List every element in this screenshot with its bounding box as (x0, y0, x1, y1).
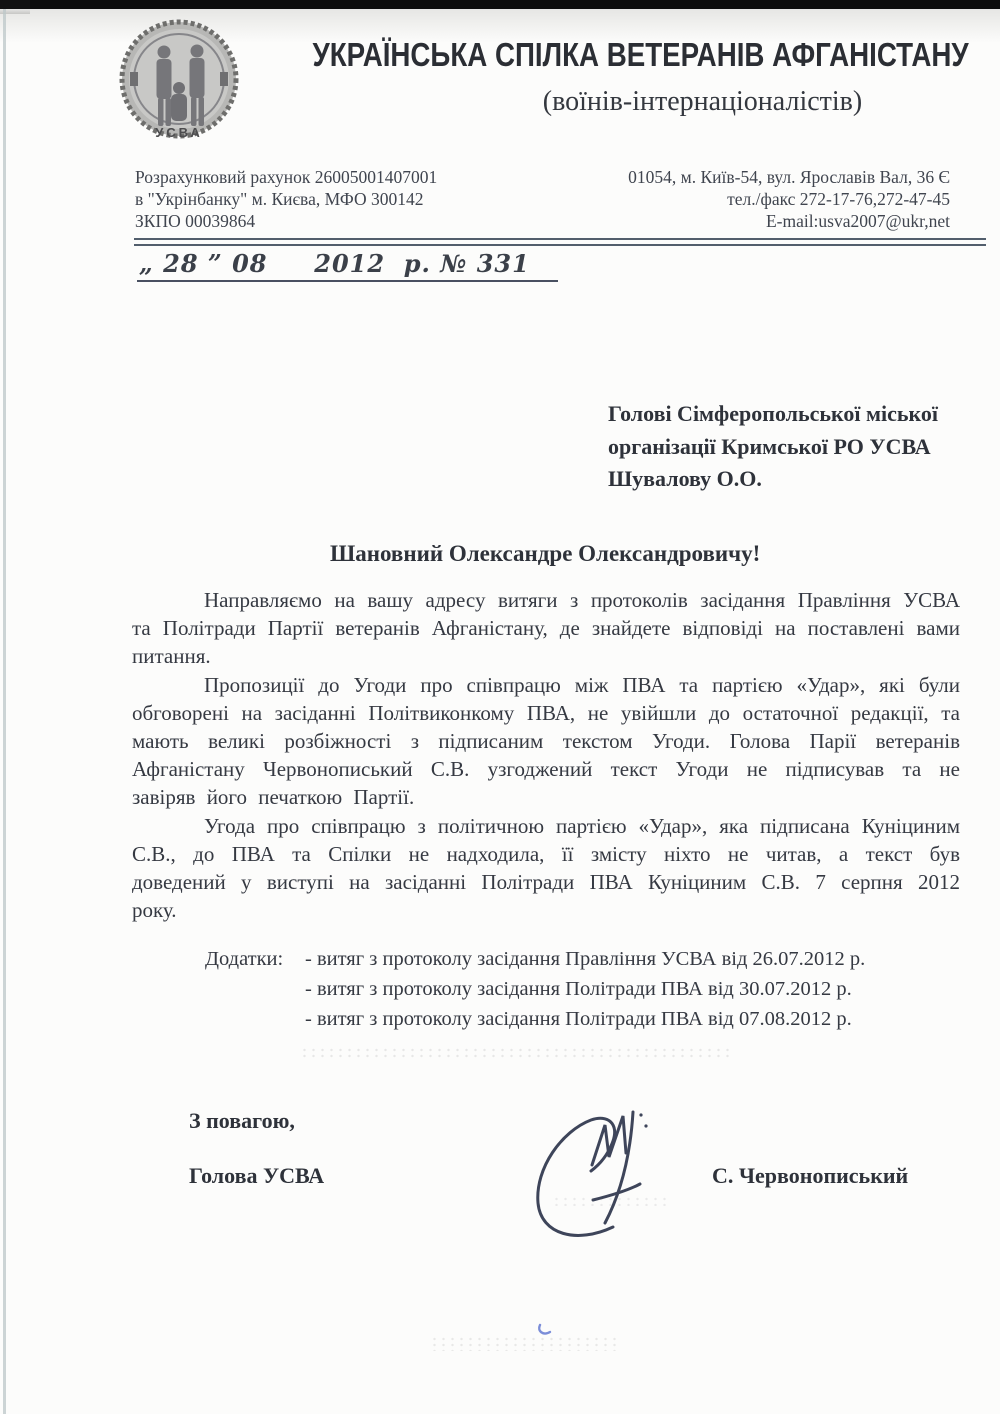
postal-address-line: 01054, м. Київ-54, вул. Ярославів Вал, 3… (540, 166, 950, 188)
kneeling-figure (171, 82, 187, 121)
scanned-letter-page: УСВА УКРАЇНСЬКА СПІЛКА ВЕТЕРАНІВ АФГАНІС… (0, 0, 1000, 1414)
scan-edge-top (0, 0, 1000, 9)
attachment-item: - витяг з протоколу засідання Правління … (305, 944, 865, 974)
org-subtitle: (воїнів-інтернаціоналістів) (450, 86, 955, 118)
attachment-item: - витяг з протоколу засідання Політради … (305, 1004, 865, 1034)
recipient-line: Голові Сімферопольської міської (608, 398, 938, 431)
bank-account-line: Розрахунковий рахунок 26005001407001 (135, 166, 437, 188)
attachments-block: Додатки: - витяг з протоколу засідання П… (205, 944, 865, 1034)
email-line: E-mail:usva2007@ukr,net (540, 210, 950, 232)
date-number-line: „ 28 ” 08 2012 р. № 331 (137, 249, 558, 282)
handwritten-signature (495, 1103, 685, 1243)
signer-title: Голова УСВА (189, 1163, 324, 1189)
blue-ink-mark (536, 1320, 556, 1340)
zkpo-line: ЗКПО 00039864 (135, 210, 437, 232)
emblem-text: УСВА (155, 125, 203, 140)
attachments-label-spacer (205, 974, 305, 1004)
recipient-block: Голові Сімферопольської міської організа… (608, 398, 938, 496)
body-paragraph: Направляємо на вашу адресу витяги з прот… (132, 586, 960, 671)
attachments-label: Додатки: (205, 944, 305, 974)
scan-smudge (552, 1196, 672, 1206)
letter-body: Направляємо на вашу адресу витяги з прот… (132, 586, 960, 924)
attachments-label-spacer (205, 1004, 305, 1034)
closing-regards: З повагою, (189, 1108, 295, 1134)
body-paragraph: Угода про співпрацю з політичною партією… (132, 812, 960, 925)
scan-edge-left (3, 9, 6, 1414)
address-block: 01054, м. Київ-54, вул. Ярославів Вал, 3… (540, 166, 950, 232)
usva-emblem-icon: УСВА (117, 15, 241, 147)
recipient-line: організації Кримської РО УСВА (608, 431, 938, 464)
bank-details-block: Розрахунковий рахунок 26005001407001 в "… (135, 166, 437, 232)
org-name-text: УКРАЇНСЬКА СПІЛКА ВЕТЕРАНІВ АФГАНІСТАНУ (312, 36, 968, 74)
scan-smudge (300, 1047, 730, 1060)
org-name-heading: УКРАЇНСЬКА СПІЛКА ВЕТЕРАНІВ АФГАНІСТАНУ (250, 36, 990, 74)
header-divider-rule (134, 238, 986, 246)
attachment-item: - витяг з протоколу засідання Політради … (305, 974, 865, 1004)
body-paragraph: Пропозиції до Угоди про співпрацю між ПВ… (132, 671, 960, 812)
bank-name-line: в "Укрінбанку" м. Києва, МФО 300142 (135, 188, 437, 210)
salutation: Шановний Олександре Олександровичу! (330, 541, 760, 567)
recipient-line: Шувалову О.О. (608, 463, 938, 496)
scan-smudge (430, 1336, 620, 1351)
signer-name: С. Червонописький (712, 1163, 908, 1189)
phone-fax-line: тел./факс 272-17-76,272-47-45 (540, 188, 950, 210)
